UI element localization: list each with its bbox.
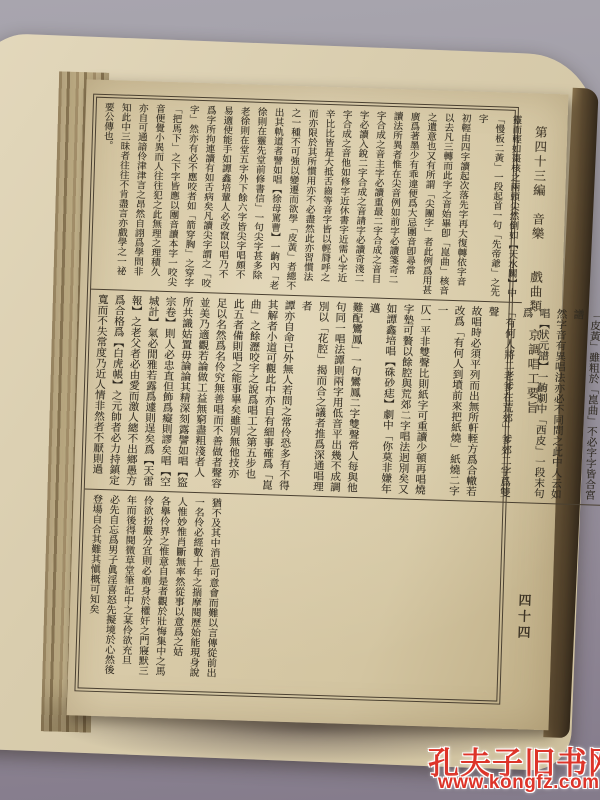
book-photo: 靈而輕如棗核之兩頭尖然倒如【天水關】中「慢板二黃」一段起首一句「先帝爺」之先字初… [0,0,600,800]
page-number: 四十四 [512,593,534,674]
text-column: 「慢板二黃」一段起首一句「先帝爺」之先字 [468,114,508,300]
text-column: 別以「花腔」揭而合之議者推爲深通唱理者 [292,300,332,494]
text-register-bottom: 猶不及其中消息可意會而難以言傳從前出一名伶必經數十年之揣摩閱歷始能現身說人惟妙惟… [79,490,227,686]
text-register-upper: 靈而輕如棗核之兩頭尖然倒如【天水關】中「慢板二黃」一段起首一句「先帝爺」之先字初… [91,98,528,303]
printed-page: 靈而輕如棗核之兩頭尖然倒如【天水關】中「慢板二黃」一段起首一句「先帝爺」之先字初… [67,79,569,730]
text-column: 改爲「有何人到墳前來把紙燒」紙燒二字一 [428,304,468,498]
text-frame-inner-border: 靈而輕如棗核之兩頭尖然倒如【天水關】中「慢板二黃」一段起首一句「先帝爺」之先字初… [78,97,516,702]
watermark-site-url: www.kongfz.com [438,772,599,794]
text-column: 「皮黃」雖粗於「崑曲」不必字字皆合宮譜 [564,309,600,503]
text-frame-border: 靈而輕如棗核之兩頭尖然倒如【天水關】中「慢板二黃」一段起首一句「先帝爺」之先字初… [74,94,519,705]
text-column: 如譚鑫培唱【硃砂痣】劇中「你莫非嫌年邁 [360,302,400,496]
text-column: 「有何人將二老爹在荒郊」爹郊二字爲雙聲 [479,306,519,500]
